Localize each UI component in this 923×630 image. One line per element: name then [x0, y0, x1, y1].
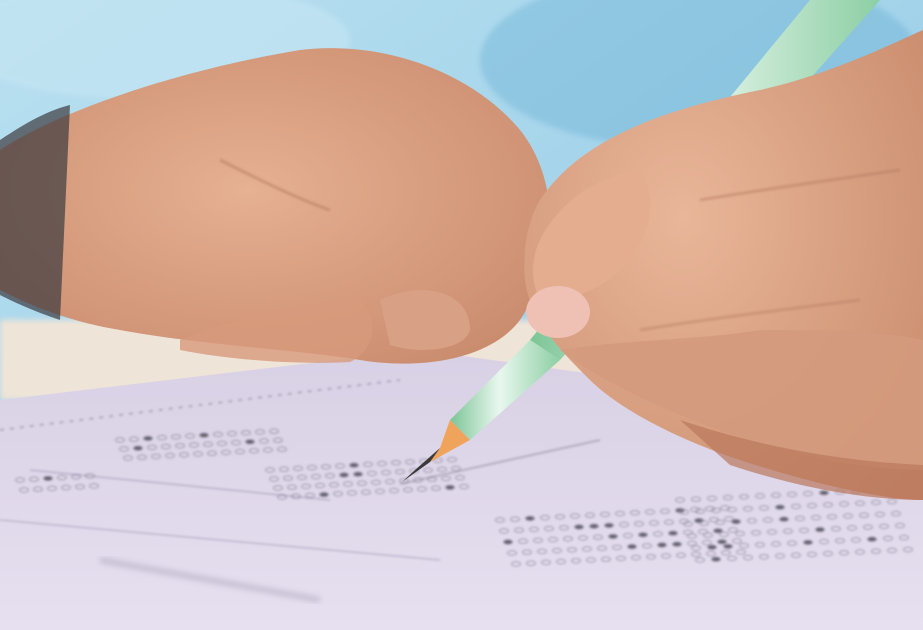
thumb-nail	[526, 286, 590, 338]
photo-illustration	[0, 0, 923, 630]
photo-scene	[0, 0, 923, 630]
